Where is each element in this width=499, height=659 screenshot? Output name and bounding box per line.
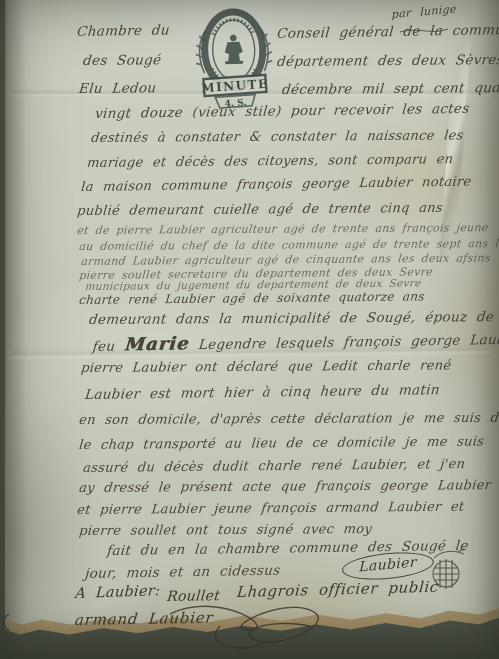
manuscript-photo: MINUTE 4. S. par lunige Chambre du Conse… [0, 0, 499, 659]
line-08: publié demeurant cuielle agé de trente c… [76, 201, 443, 219]
seated-figure-icon [224, 34, 243, 64]
signature-laubier-circled: Laubier [341, 553, 435, 579]
line-03-left: Elu Ledou [78, 80, 157, 97]
line-26: jour, mois et an cidessus [84, 563, 281, 582]
line-17: pierre Laubier ont déclaré que Ledit cha… [80, 358, 452, 376]
line-24: pierre soullet ont tous signé avec moy [78, 522, 373, 539]
line-02-right: département des deux Sèvres [276, 52, 499, 70]
ink-mark [0, 612, 12, 632]
signature-flourish [160, 596, 370, 654]
line-15: demeurant dans la municipalité de Sougé,… [88, 309, 495, 328]
line-02-left: des Sougé [82, 52, 162, 69]
name-marie: Marie [124, 333, 191, 355]
notary-rubric-seal [424, 548, 472, 594]
line-01-left: Chambre du [76, 22, 170, 40]
line-19: en son domicile, d'après cette déclarati… [78, 411, 499, 428]
line-22: ay dressé le présent acte que françois g… [78, 478, 492, 496]
signature-a-laubier: A Laubier: [75, 583, 161, 602]
minute-revenue-stamp: MINUTE 4. S. [188, 4, 280, 111]
line-05: destinés à constater & constater la nais… [90, 128, 464, 146]
line-03-right: décembre mil sept cent quat. [281, 80, 499, 98]
minute-banner: MINUTE [201, 75, 269, 97]
marginal-note-underline [398, 26, 450, 36]
line-16-prefix: feu [92, 339, 116, 355]
